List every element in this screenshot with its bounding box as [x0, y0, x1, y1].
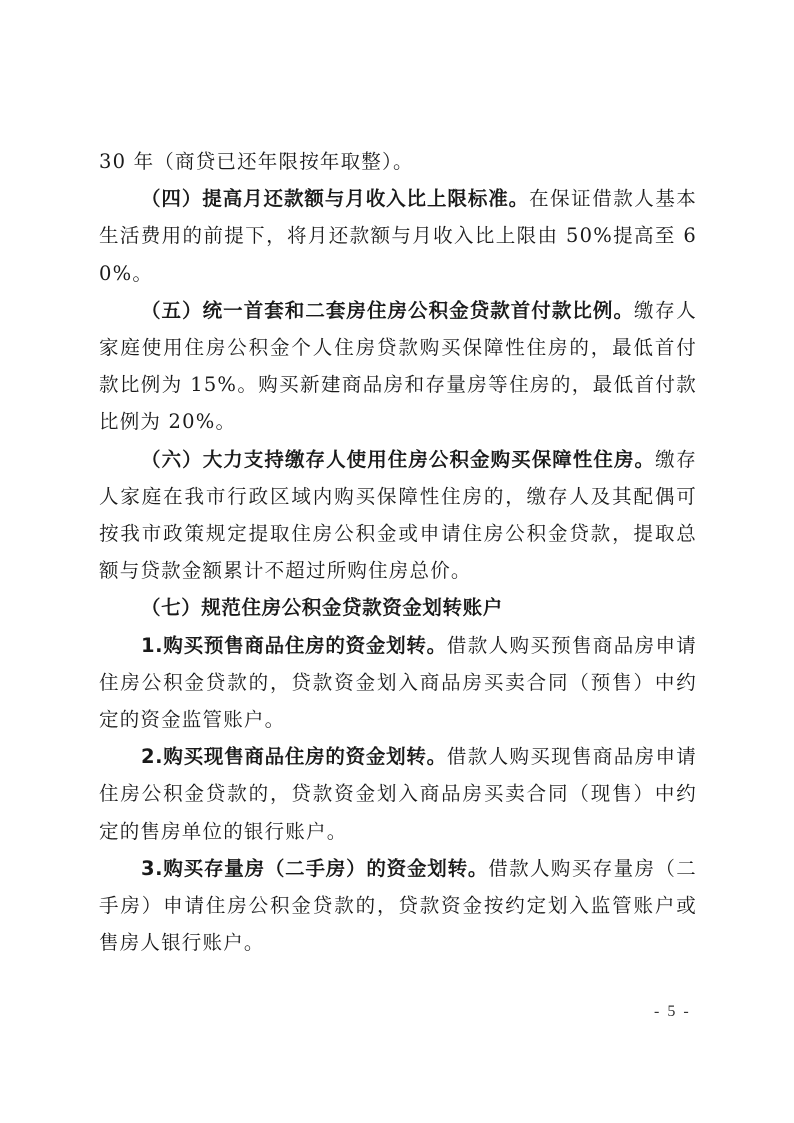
- paragraph-section-7: （七）规范住房公积金贷款资金划转账户: [99, 589, 697, 626]
- item-heading: 1.购买预售商品住房的资金划转。: [141, 634, 447, 657]
- paragraph-section-4: （四）提高月还款额与月收入比上限标准。在保证借款人基本生活费用的前提下，将月还款…: [99, 180, 697, 292]
- paragraph-section-6: （六）大力支持缴存人使用住房公积金购买保障性住房。缴存人家庭在我市行政区域内购买…: [99, 441, 697, 590]
- section-heading: （四）提高月还款额与月收入比上限标准。: [141, 187, 529, 210]
- paragraph-item-1: 1.购买预售商品住房的资金划转。借款人购买预售商品房申请住房公积金贷款的，贷款资…: [99, 627, 697, 739]
- document-page: 30 年（商贷已还年限按年取整）。 （四）提高月还款额与月收入比上限标准。在保证…: [99, 143, 697, 961]
- paragraph-item-3: 3.购买存量房（二手房）的资金划转。借款人购买存量房（二手房）申请住房公积金贷款…: [99, 850, 697, 962]
- item-heading: 2.购买现售商品住房的资金划转。: [141, 745, 447, 768]
- page-number: - 5 -: [654, 1003, 691, 1021]
- paragraph-section-5: （五）统一首套和二套房住房公积金贷款首付款比例。缴存人家庭使用住房公积金个人住房…: [99, 292, 697, 441]
- section-heading: （七）规范住房公积金贷款资金划转账户: [141, 596, 503, 619]
- section-heading: （五）统一首套和二套房住房公积金贷款首付款比例。: [141, 299, 634, 322]
- section-heading: （六）大力支持缴存人使用住房公积金购买保障性住房。: [141, 448, 655, 471]
- paragraph-item-2: 2.购买现售商品住房的资金划转。借款人购买现售商品房申请住房公积金贷款的，贷款资…: [99, 738, 697, 850]
- paragraph-body: 30 年（商贷已还年限按年取整）。: [99, 150, 414, 173]
- paragraph-continuation: 30 年（商贷已还年限按年取整）。: [99, 143, 697, 180]
- item-heading: 3.购买存量房（二手房）的资金划转。: [141, 857, 488, 880]
